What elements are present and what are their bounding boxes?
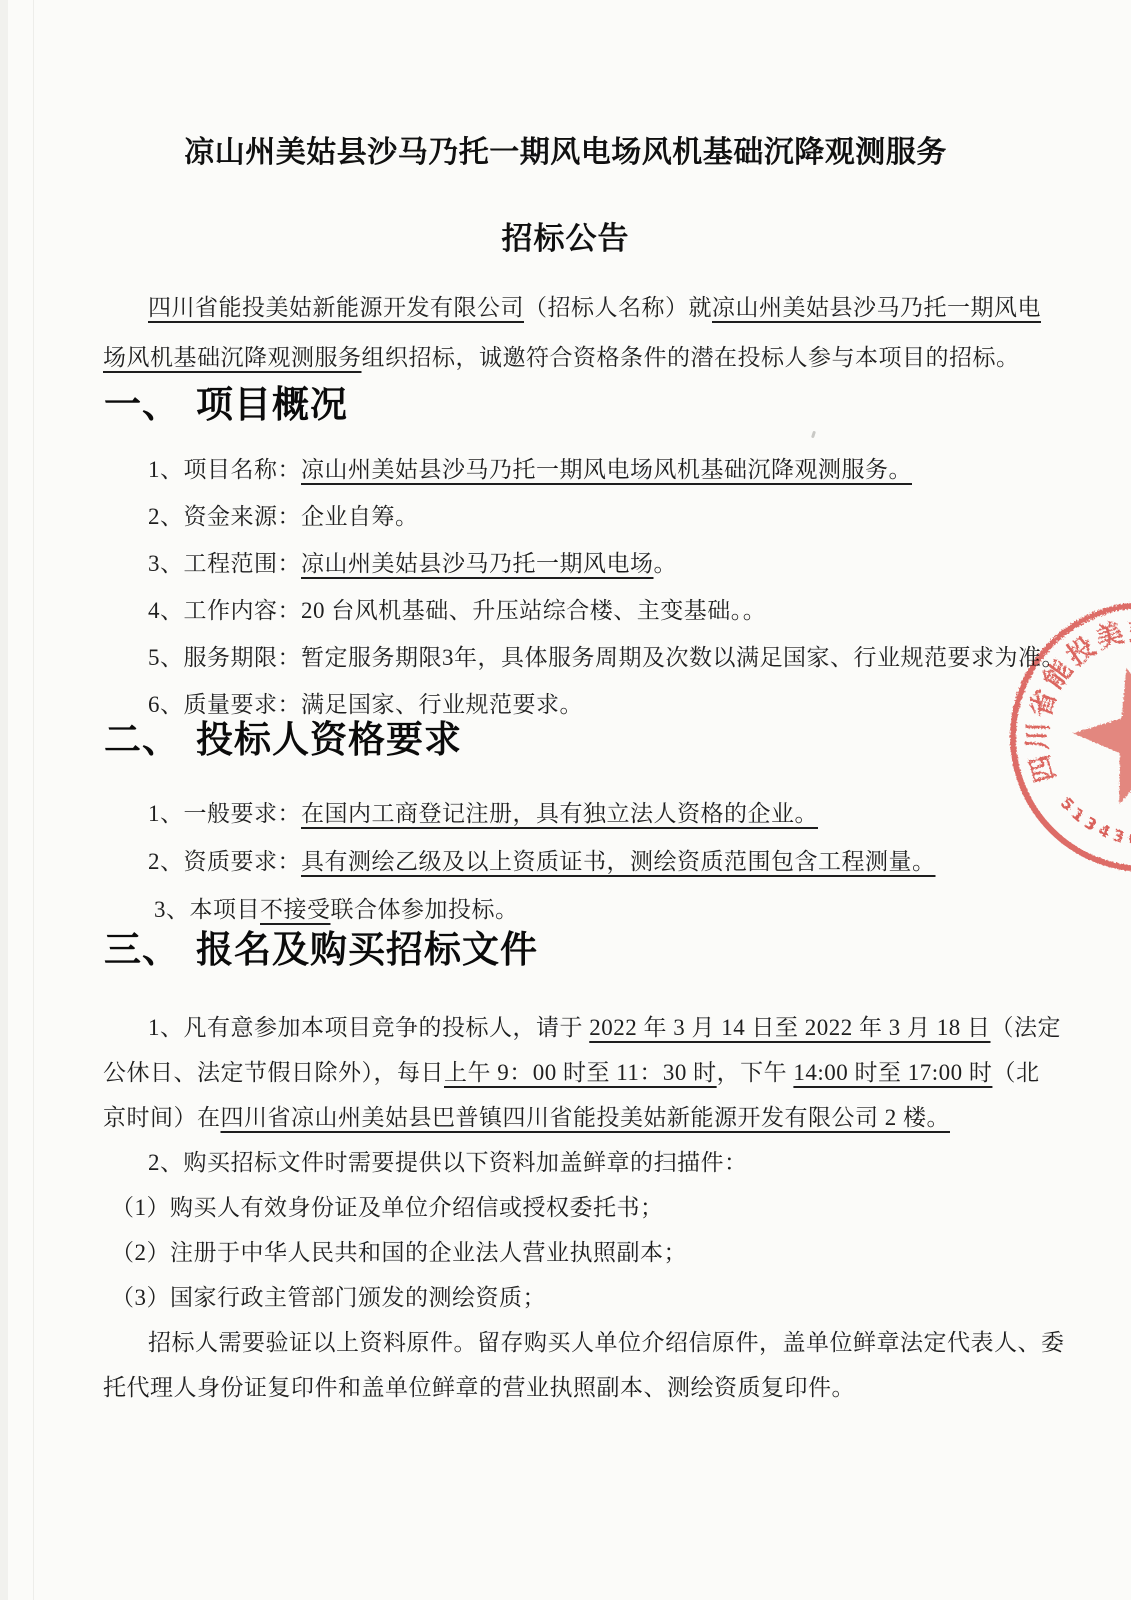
section-1-items: 1、项目名称：凉山州美姑县沙马乃托一期风电场风机基础沉降观测服务。 2、资金来源…	[148, 446, 1065, 728]
text-segment: 2、资金来源：企业自筹。	[148, 504, 419, 529]
text-segment: 5、服务期限：暂定服务期限3年，具体服务周期及次数以满足国家、行业规范要求为准。	[148, 645, 1065, 670]
list-item-project-name: 1、项目名称：凉山州美姑县沙马乃托一期风电场风机基础沉降观测服务。	[148, 446, 1065, 493]
text-segment: 1、项目名称：	[148, 457, 301, 482]
seal-code-text: 5134365	[1057, 794, 1131, 850]
material-item-1: （1）购买人有效身份证及单位介绍信或授权委托书；	[103, 1185, 1065, 1230]
underlined-text-segment: 具有测绘乙级及以上资质证书，测绘资质范围包含工程测量。	[301, 849, 936, 874]
text-segment: 联合体参加投标。	[331, 897, 519, 922]
section-1-title: 项目概况	[196, 383, 348, 426]
underlined-text-segment: 四川省凉山州美姑县巴普镇四川省能投美姑新能源开发有限公司 2 楼。	[221, 1105, 951, 1130]
section-3-body: 1、凡有意参加本项目竞争的投标人，请于 2022 年 3 月 14 日至 202…	[103, 1005, 1065, 1410]
list-item-general-requirement: 1、一般要求：在国内工商登记注册，具有独立法人资格的企业。	[148, 790, 936, 838]
document-title: 凉山州美姑县沙马乃托一期风电场风机基础沉降观测服务	[0, 127, 1131, 171]
material-item-3: （3）国家行政主管部门颁发的测绘资质；	[103, 1275, 1065, 1320]
underlined-text-segment: 四川省能投美姑新能源开发有限公司	[148, 295, 524, 320]
document-subtitle: 招标公告	[0, 213, 1131, 258]
material-item-2: （2）注册于中华人民共和国的企业法人营业执照副本；	[103, 1230, 1065, 1275]
text-segment: 组织招标，诚邀符合资格条件的潜在投标人参与本项目的招标。	[362, 345, 1020, 370]
underlined-text-segment: 上午 9：00 时至 11：30 时	[444, 1060, 717, 1085]
underlined-text-segment: 14:00 时至 17:00 时	[793, 1060, 992, 1085]
list-item-qualification-requirement: 2、资质要求：具有测绘乙级及以上资质证书，测绘资质范围包含工程测量。	[148, 838, 936, 886]
text-segment: （3）国家行政主管部门颁发的测绘资质；	[111, 1285, 546, 1310]
text-segment: 京时间）在	[103, 1105, 221, 1130]
text-segment: 。	[654, 551, 678, 576]
section-1-heading: 一、项目概况	[104, 384, 348, 426]
underlined-text-segment: 不接受	[260, 897, 331, 922]
text-segment: （1）购买人有效身份证及单位介绍信或授权委托书；	[111, 1195, 664, 1220]
scan-speck	[811, 431, 816, 439]
text-segment: 3、本项目	[154, 897, 260, 922]
underlined-text-segment: 2022 年 3 月 14 日至 2022 年 3 月 18 日	[589, 1015, 990, 1040]
underlined-text-segment: 在国内工商登记注册，具有独立法人资格的企业。	[301, 801, 818, 826]
intro-line-1: 四川省能投美姑新能源开发有限公司（招标人名称）就凉山州美姑县沙马乃托一期风电	[103, 283, 1041, 333]
underlined-text-segment: 凉山州美姑县沙马乃托一期风电	[712, 295, 1041, 320]
list-item-project-scope: 3、工程范围：凉山州美姑县沙马乃托一期风电场。	[148, 540, 1065, 587]
section-3-title: 报名及购买招标文件	[196, 928, 538, 971]
scanned-tender-document-page: 凉山州美姑县沙马乃托一期风电场风机基础沉降观测服务 招标公告 四川省能投美姑新能…	[0, 0, 1131, 1600]
underlined-text-segment: 凉山州美姑县沙马乃托一期风电场风机基础沉降观测服务。	[301, 457, 912, 482]
text-segment: 招标人需要验证以上资料原件。留存购买人单位介绍信原件，盖单位鲜章法定代表人、委	[148, 1330, 1065, 1355]
section-1-number: 一、	[104, 383, 180, 426]
underlined-text-segment: 场风机基础沉降观测服务	[103, 345, 362, 370]
section-2-title: 投标人资格要求	[196, 718, 462, 761]
text-segment: 1、凡有意参加本项目竞争的投标人，请于	[148, 1015, 589, 1040]
registration-line-3: 京时间）在四川省凉山州美姑县巴普镇四川省能投美姑新能源开发有限公司 2 楼。	[103, 1095, 1065, 1140]
underlined-text-segment: 凉山州美姑县沙马乃托一期风电场	[301, 551, 654, 576]
section-2-items: 1、一般要求：在国内工商登记注册，具有独立法人资格的企业。 2、资质要求：具有测…	[148, 790, 936, 934]
verification-line-2: 托代理人身份证复印件和盖单位鲜章的营业执照副本、测绘资质复印件。	[103, 1365, 1065, 1410]
intro-paragraph: 四川省能投美姑新能源开发有限公司（招标人名称）就凉山州美姑县沙马乃托一期风电 场…	[103, 283, 1041, 383]
text-segment: （2）注册于中华人民共和国的企业法人营业执照副本；	[111, 1240, 687, 1265]
text-segment: ，下午	[717, 1060, 794, 1085]
text-segment: 1、一般要求：	[148, 801, 301, 826]
list-item-funding-source: 2、资金来源：企业自筹。	[148, 493, 1065, 540]
section-2-heading: 二、投标人资格要求	[104, 719, 462, 761]
list-item-service-term: 5、服务期限：暂定服务期限3年，具体服务周期及次数以满足国家、行业规范要求为准。	[148, 634, 1065, 681]
registration-line-1: 1、凡有意参加本项目竞争的投标人，请于 2022 年 3 月 14 日至 202…	[103, 1005, 1065, 1050]
text-segment: 3、工程范围：	[148, 551, 301, 576]
intro-line-2: 场风机基础沉降观测服务组织招标，诚邀符合资格条件的潜在投标人参与本项目的招标。	[103, 333, 1041, 383]
text-segment: 6、质量要求：满足国家、行业规范要求。	[148, 692, 583, 717]
verification-line-1: 招标人需要验证以上资料原件。留存购买人单位介绍信原件，盖单位鲜章法定代表人、委	[103, 1320, 1065, 1365]
registration-line-2: 公休日、法定节假日除外），每日上午 9：00 时至 11：30 时，下午 14:…	[103, 1050, 1065, 1095]
section-3-number: 三、	[104, 928, 180, 971]
text-segment: 4、工作内容：20 台风机基础、升压站综合楼、主变基础。。	[148, 598, 766, 623]
seal-code-arc: 5134365	[1057, 794, 1131, 850]
text-segment: （招标人名称）就	[524, 295, 712, 320]
text-segment: （北	[992, 1060, 1039, 1085]
list-item-no-consortium: 3、本项目不接受联合体参加投标。	[148, 886, 936, 934]
seal-star-icon	[1073, 668, 1131, 805]
text-segment: 2、购买招标文件时需要提供以下资料加盖鲜章的扫描件：	[148, 1150, 748, 1175]
list-item-work-content: 4、工作内容：20 台风机基础、升压站综合楼、主变基础。。	[148, 587, 1065, 634]
text-segment: （法定	[991, 1015, 1062, 1040]
text-segment: 公休日、法定节假日除外），每日	[103, 1060, 444, 1085]
purchase-materials-intro: 2、购买招标文件时需要提供以下资料加盖鲜章的扫描件：	[103, 1140, 1065, 1185]
section-3-heading: 三、报名及购买招标文件	[104, 929, 538, 971]
text-segment: 托代理人身份证复印件和盖单位鲜章的营业执照副本、测绘资质复印件。	[103, 1375, 855, 1400]
text-segment: 2、资质要求：	[148, 849, 301, 874]
section-2-number: 二、	[104, 718, 180, 761]
